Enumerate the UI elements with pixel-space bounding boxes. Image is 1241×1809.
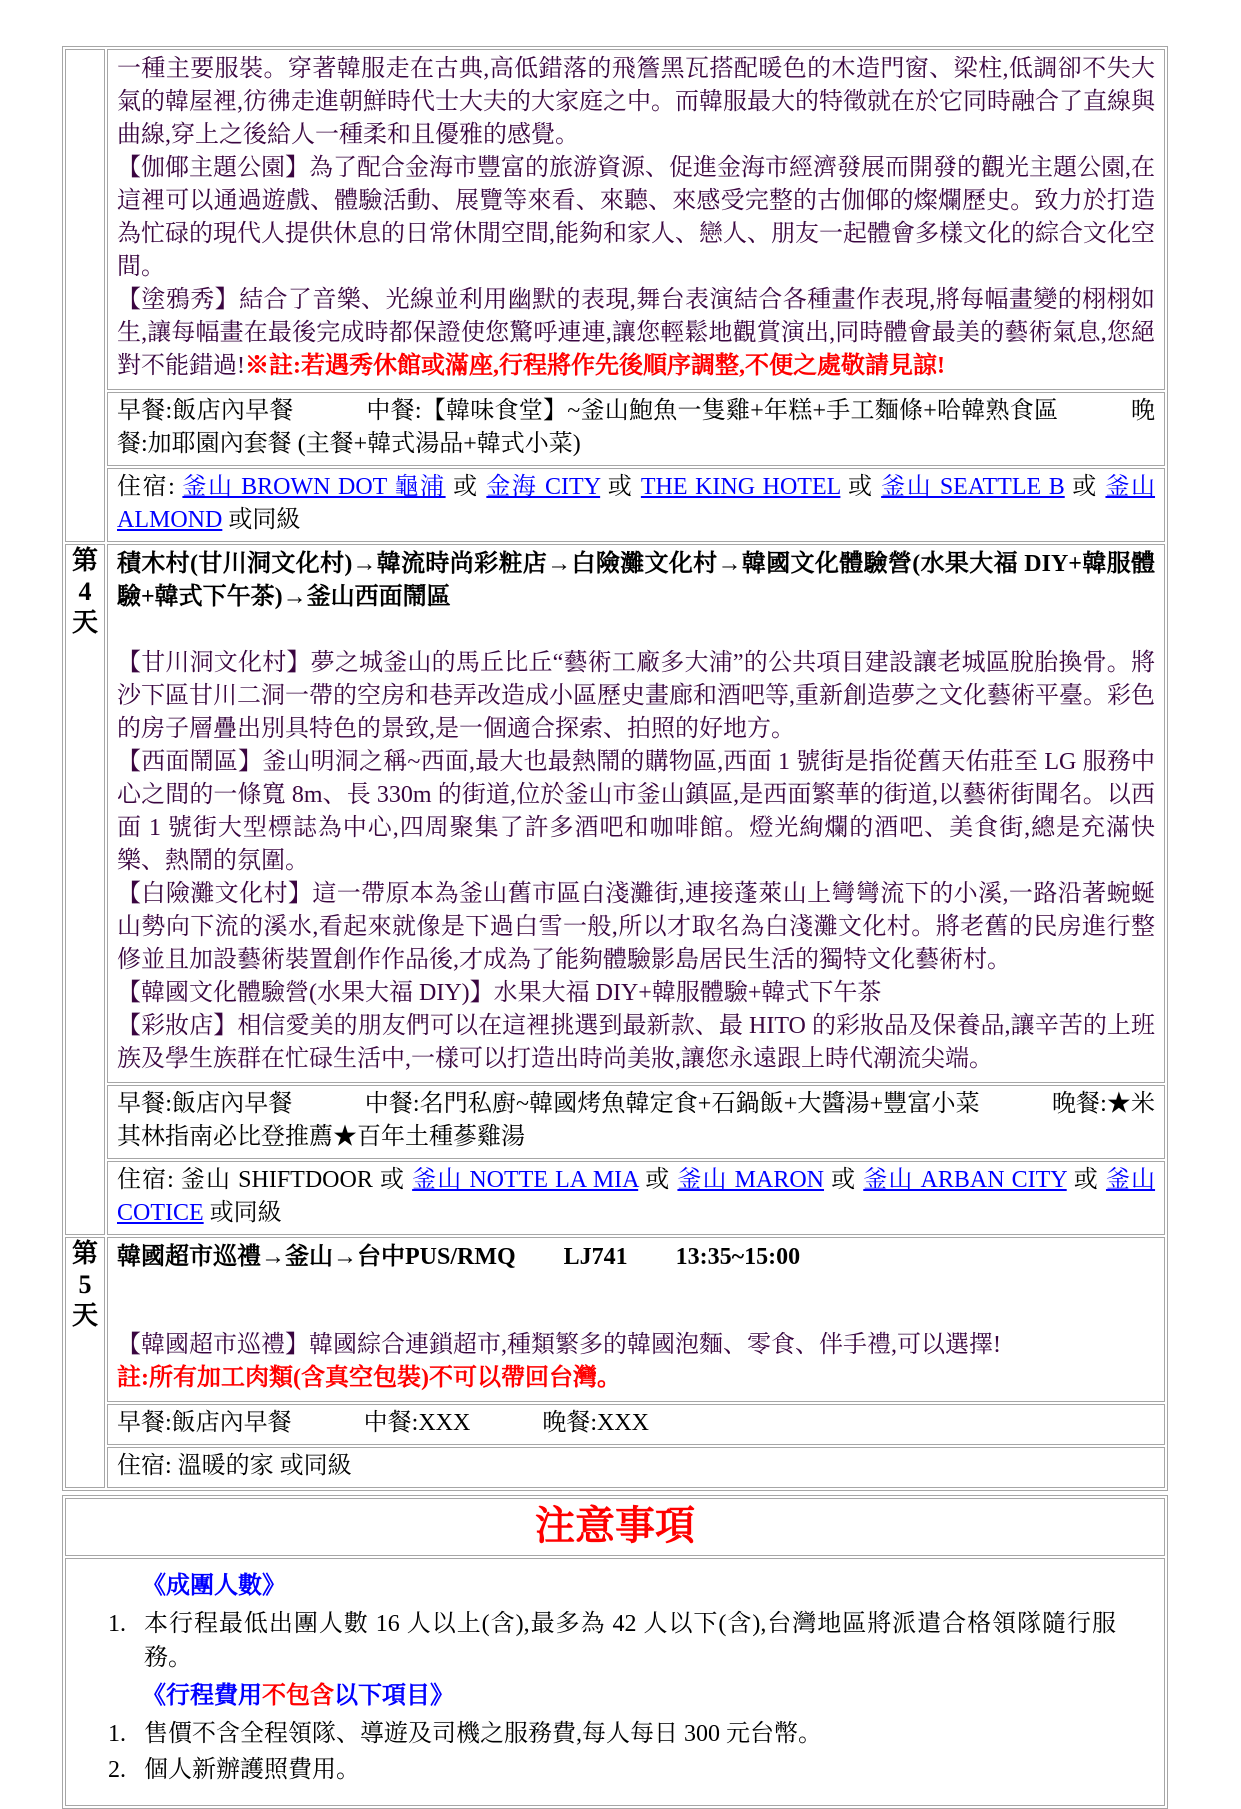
notes-item-text: 本行程最低出團人數 16 人以上(含),最多為 42 人以下(含),台灣地區將派… (144, 1607, 1152, 1675)
hotel-text: 或 (824, 1167, 863, 1193)
hotel-text: 或 (600, 474, 641, 500)
itinerary-table: 一種主要服裝。穿著韓服走在古典,高低錯落的飛簷黑瓦搭配暖色的木造門窗、梁柱,低調… (62, 46, 1168, 1491)
text-run: 【彩妝店】相信愛美的朋友們可以在這裡挑選到最新款、最 HITO 的彩妝品及保養品… (117, 1013, 1155, 1072)
itinerary-paragraph: 【伽倻主題公園】為了配合金海市豐富的旅游資源、促進金海市經濟發展而開發的觀光主題… (117, 152, 1155, 284)
text-run: 【白險灘文化村】這一帶原本為釜山舊市區白淺灘街,連接蓬萊山上彎彎流下的小溪,一路… (117, 881, 1155, 973)
notes-item-number: 2. (108, 1753, 144, 1787)
document-page: 一種主要服裝。穿著韓服走在古典,高低錯落的飛簷黑瓦搭配暖色的木造門窗、梁柱,低調… (0, 0, 1241, 1809)
meals-row: 早餐:飯店內早餐 中餐:【韓味食堂】~釜山鮑魚一隻雞+年糕+手工麵條+哈韓熟食區… (65, 392, 1165, 466)
hotel-link[interactable]: 釜山 SEATTLE B (881, 474, 1065, 500)
meals-row: 早餐:飯店內早餐 中餐:名門私廚~韓國烤魚韓定食+石鍋飯+大醬湯+豐富小菜 晚餐… (65, 1085, 1165, 1159)
hotel-link[interactable]: 釜山 MARON (677, 1167, 824, 1193)
itinerary-paragraph: 【彩妝店】相信愛美的朋友們可以在這裡挑選到最新款、最 HITO 的彩妝品及保養品… (117, 1010, 1155, 1076)
itinerary-paragraph: 【塗鴉秀】結合了音樂、光線並利用幽默的表現,舞台表演結合各種畫作表現,將每幅畫變… (117, 284, 1155, 383)
itinerary-paragraph: 【韓國超市巡禮】韓國綜合連鎖超市,種類繁多的韓國泡麵、零食、伴手禮,可以選擇! (117, 1329, 1155, 1362)
hotel-link[interactable]: 金海 CITY (486, 474, 600, 500)
text-run: 【韓國超市巡禮】韓國綜合連鎖超市,種類繁多的韓國泡麵、零食、伴手禮,可以選擇! (117, 1332, 1001, 1358)
itinerary-paragraph: 【韓國文化體驗營(水果大福 DIY)】水果大福 DIY+韓服體驗+韓式下午茶 (117, 977, 1155, 1010)
notes-body-row: 《成團人數》1.本行程最低出團人數 16 人以上(含),最多為 42 人以下(含… (65, 1558, 1165, 1806)
notes-item-number: 1. (108, 1607, 144, 1675)
hotel-row: 住宿: 釜山 BROWN DOT 龜浦 或 金海 CITY 或 THE KING… (65, 468, 1165, 542)
blank-line (117, 1307, 1155, 1329)
hotel-text: 住宿: (117, 1453, 178, 1479)
itinerary-paragraph: 註:所有加工肉類(含真空包裝)不可以帶回台灣。 (117, 1362, 1155, 1395)
content-cell: 積木村(甘川洞文化村)→韓流時尚彩粧店→白險灘文化村→韓國文化體驗營(水果大福 … (107, 544, 1165, 1083)
text-run: 【甘川洞文化村】夢之城釜山的馬丘比丘“藝術工廠多大浦”的公共項目建設讓老城區脫胎… (117, 650, 1155, 742)
blank-line (117, 614, 1155, 647)
hotel-row: 住宿: 釜山 SHIFTDOOR 或 釜山 NOTTE LA MIA 或 釜山 … (65, 1161, 1165, 1235)
itinerary-paragraph: 【白險灘文化村】這一帶原本為釜山舊市區白淺灘街,連接蓬萊山上彎彎流下的小溪,一路… (117, 878, 1155, 977)
text-run: 註:所有加工肉類(含真空包裝)不可以帶回台灣。 (117, 1365, 621, 1391)
hotel-text: 住宿: (117, 1167, 181, 1193)
notes-title-cell: 注意事項 (65, 1498, 1165, 1556)
notes-item-text: 售價不含全程領隊、導遊及司機之服務費,每人每日 300 元台幣。 (144, 1717, 1152, 1751)
hotel-link[interactable]: 釜山 BROWN DOT 龜浦 (182, 474, 445, 500)
meals-cell: 早餐:飯店內早餐 中餐:名門私廚~韓國烤魚韓定食+石鍋飯+大醬湯+豐富小菜 晚餐… (107, 1085, 1165, 1159)
day-route-title: 積木村(甘川洞文化村)→韓流時尚彩粧店→白險灘文化村→韓國文化體驗營(水果大福 … (117, 548, 1155, 614)
hotel-text: 或同級 (222, 507, 300, 533)
hotel-text: 或同級 (204, 1200, 282, 1226)
day-cell: 第5天 (65, 1237, 105, 1488)
itinerary-paragraph: 【甘川洞文化村】夢之城釜山的馬丘比丘“藝術工廠多大浦”的公共項目建設讓老城區脫胎… (117, 647, 1155, 746)
hotel-link[interactable]: 釜山 ARBAN CITY (863, 1167, 1066, 1193)
hotel-text: 或 (1067, 1167, 1106, 1193)
text-run: 售價不含全程領隊、導遊及司機之服務費,每人每日 300 元台幣。 (144, 1721, 822, 1747)
hotel-text: 或 (373, 1167, 412, 1193)
notes-item-number: 1. (108, 1717, 144, 1751)
hotel-text: 溫暖的家 或同級 (178, 1453, 352, 1479)
itinerary-day-row: 第5天韓國超市巡禮→釜山→台中PUS/RMQ LJ741 13:35~15:00… (65, 1237, 1165, 1402)
itinerary-day-row: 一種主要服裝。穿著韓服走在古典,高低錯落的飛簷黑瓦搭配暖色的木造門窗、梁柱,低調… (65, 49, 1165, 390)
notes-title-row: 注意事項 (65, 1498, 1165, 1556)
notes-item-text: 個人新辦護照費用。 (144, 1753, 1152, 1787)
meals-row: 早餐:飯店內早餐 中餐:XXX 晚餐:XXX (65, 1404, 1165, 1445)
day-cell: 第4天 (65, 544, 105, 1235)
hotel-row: 住宿: 溫暖的家 或同級 (65, 1447, 1165, 1488)
text-run: 《成團人數》 (142, 1573, 286, 1599)
hotel-text: 或 (840, 474, 881, 500)
text-run: 【西面鬧區】釜山明洞之稱~西面,最大也最熱鬧的購物區,西面 1 號街是指從舊天佑… (117, 749, 1155, 874)
hotel-cell: 住宿: 釜山 BROWN DOT 龜浦 或 金海 CITY 或 THE KING… (107, 468, 1165, 542)
hotel-link[interactable]: THE KING HOTEL (641, 474, 841, 500)
notes-item: 2.個人新辦護照費用。 (66, 1753, 1152, 1787)
meals-cell: 早餐:飯店內早餐 中餐:XXX 晚餐:XXX (107, 1404, 1165, 1445)
text-run: 以下項目》 (334, 1683, 454, 1709)
day-route-title: 韓國超市巡禮→釜山→台中PUS/RMQ LJ741 13:35~15:00 (117, 1241, 1155, 1274)
notes-heading: 《成團人數》 (142, 1569, 1152, 1603)
notes-body-cell: 《成團人數》1.本行程最低出團人數 16 人以上(含),最多為 42 人以下(含… (65, 1558, 1165, 1806)
blank-line (117, 1274, 1155, 1307)
day-cell (65, 49, 105, 542)
hotel-text: 或 (446, 474, 487, 500)
content-cell: 一種主要服裝。穿著韓服走在古典,高低錯落的飛簷黑瓦搭配暖色的木造門窗、梁柱,低調… (107, 49, 1165, 390)
text-run: 【伽倻主題公園】為了配合金海市豐富的旅游資源、促進金海市經濟發展而開發的觀光主題… (117, 155, 1155, 280)
hotel-link[interactable]: 釜山 NOTTE LA MIA (412, 1167, 638, 1193)
text-run: 不包含 (262, 1683, 334, 1709)
text-run: 個人新辦護照費用。 (144, 1757, 360, 1783)
hotel-text: 住宿: (117, 474, 182, 500)
notes-item: 1.本行程最低出團人數 16 人以上(含),最多為 42 人以下(含),台灣地區… (66, 1607, 1152, 1675)
notes-heading: 《行程費用不包含以下項目》 (142, 1679, 1152, 1713)
hotel-text: 釜山 SHIFTDOOR (181, 1167, 373, 1193)
text-run: 一種主要服裝。穿著韓服走在古典,高低錯落的飛簷黑瓦搭配暖色的木造門窗、梁柱,低調… (117, 56, 1155, 148)
content-cell: 韓國超市巡禮→釜山→台中PUS/RMQ LJ741 13:35~15:00【韓國… (107, 1237, 1165, 1402)
meals-cell: 早餐:飯店內早餐 中餐:【韓味食堂】~釜山鮑魚一隻雞+年糕+手工麵條+哈韓熟食區… (107, 392, 1165, 466)
text-run: 本行程最低出團人數 16 人以上(含),最多為 42 人以下(含),台灣地區將派… (144, 1611, 1116, 1671)
hotel-text: 或 (638, 1167, 677, 1193)
text-run: ※註:若遇秀休館或滿座,行程將作先後順序調整,不便之處敬請見諒! (245, 353, 945, 379)
itinerary-table-body: 一種主要服裝。穿著韓服走在古典,高低錯落的飛簷黑瓦搭配暖色的木造門窗、梁柱,低調… (65, 49, 1165, 1488)
hotel-text: 或 (1065, 474, 1106, 500)
notes-title: 注意事項 (535, 1503, 695, 1548)
itinerary-day-row: 第4天積木村(甘川洞文化村)→韓流時尚彩粧店→白險灘文化村→韓國文化體驗營(水果… (65, 544, 1165, 1083)
text-run: 【韓國文化體驗營(水果大福 DIY)】水果大福 DIY+韓服體驗+韓式下午茶 (117, 980, 881, 1006)
text-run: 《行程費用 (142, 1683, 262, 1709)
itinerary-paragraph: 一種主要服裝。穿著韓服走在古典,高低錯落的飛簷黑瓦搭配暖色的木造門窗、梁柱,低調… (117, 53, 1155, 152)
notes-table: 注意事項 《成團人數》1.本行程最低出團人數 16 人以上(含),最多為 42 … (62, 1495, 1168, 1809)
hotel-cell: 住宿: 溫暖的家 或同級 (107, 1447, 1165, 1488)
notes-item: 1.售價不含全程領隊、導遊及司機之服務費,每人每日 300 元台幣。 (66, 1717, 1152, 1751)
hotel-cell: 住宿: 釜山 SHIFTDOOR 或 釜山 NOTTE LA MIA 或 釜山 … (107, 1161, 1165, 1235)
itinerary-paragraph: 【西面鬧區】釜山明洞之稱~西面,最大也最熱鬧的購物區,西面 1 號街是指從舊天佑… (117, 746, 1155, 878)
